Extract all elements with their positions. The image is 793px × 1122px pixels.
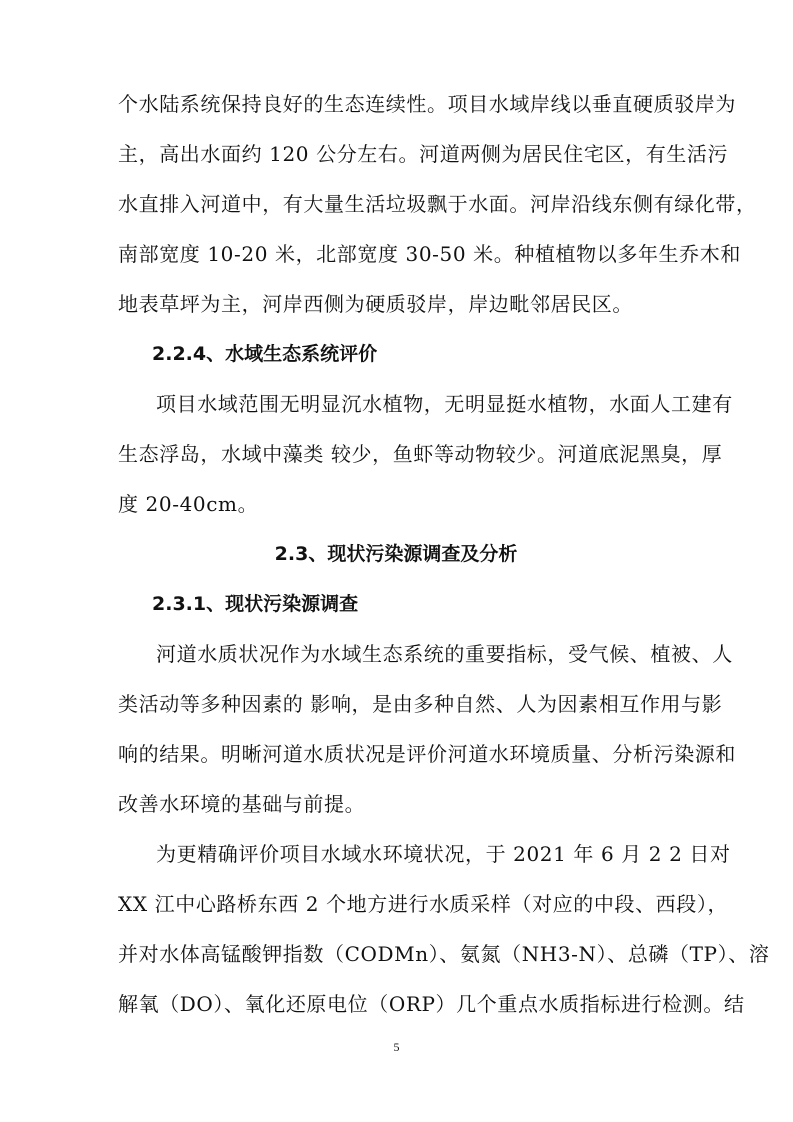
- page-content: 个水陆系统保持良好的生态连续性。项目水域岸线以垂直硬质驳岸为 主，高出水面约 1…: [118, 88, 674, 1038]
- paragraph-line: 个水陆系统保持良好的生态连续性。项目水域岸线以垂直硬质驳岸为: [118, 88, 674, 138]
- paragraph-line: 河道水质状况作为水域生态系统的重要指标，受气候、植被、人: [118, 638, 674, 688]
- paragraph-line: 改善水环境的基础与前提。: [118, 788, 674, 838]
- section-heading-2-2-4: 2.2.4、水域生态系统评价: [118, 338, 674, 388]
- paragraph-line: 项目水域范围无明显沉水植物，无明显挺水植物，水面人工建有: [118, 388, 674, 438]
- paragraph-line: 主，高出水面约 120 公分左右。河道两侧为居民住宅区，有生活污: [118, 138, 674, 188]
- paragraph-line: 度 20-40cm。: [118, 488, 674, 538]
- paragraph-line: 解氧（DO）、氧化还原电位（ORP）几个重点水质指标进行检测。结: [118, 988, 674, 1038]
- paragraph-line: XX 江中心路桥东西 2 个地方进行水质采样（对应的中段、西段），: [118, 888, 674, 938]
- document-page: 个水陆系统保持良好的生态连续性。项目水域岸线以垂直硬质驳岸为 主，高出水面约 1…: [0, 0, 793, 1122]
- paragraph-line: 水直排入河道中，有大量生活垃圾飘于水面。河岸沿线东侧有绿化带，: [118, 188, 674, 238]
- section-heading-2-3-1: 2.3.1、现状污染源调查: [118, 588, 674, 638]
- paragraph-line: 为更精确评价项目水域水环境状况，于 2021 年 6 月 2 2 日对: [118, 838, 674, 888]
- page-number: 5: [0, 1040, 793, 1055]
- section-heading-2-3: 2.3、现状污染源调查及分析: [118, 538, 674, 588]
- paragraph-line: 地表草坪为主，河岸西侧为硬质驳岸，岸边毗邻居民区。: [118, 288, 674, 338]
- paragraph-line: 并对水体高锰酸钾指数（CODMn）、氨氮（NH3-N）、总磷（TP）、溶: [118, 938, 674, 988]
- paragraph-line: 类活动等多种因素的 影响，是由多种自然、人为因素相互作用与影: [118, 688, 674, 738]
- paragraph-line: 响的结果。明晰河道水质状况是评价河道水环境质量、分析污染源和: [118, 738, 674, 788]
- paragraph-line: 南部宽度 10-20 米，北部宽度 30-50 米。种植植物以多年生乔木和: [118, 238, 674, 288]
- paragraph-line: 生态浮岛，水域中藻类 较少，鱼虾等动物较少。河道底泥黑臭，厚: [118, 438, 674, 488]
